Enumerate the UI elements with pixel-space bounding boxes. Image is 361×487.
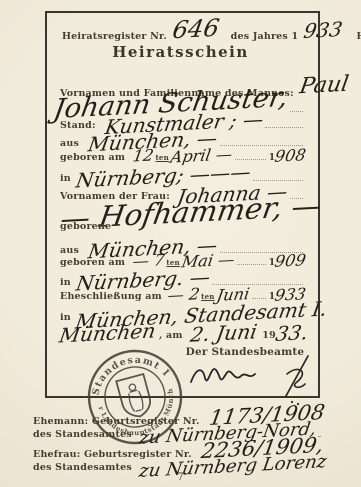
register-year-handwritten: 933: [303, 19, 345, 41]
fill-line: [252, 296, 266, 299]
marriage-date-label: Eheschließung am: [60, 291, 162, 302]
ten-superscript: ten: [201, 292, 214, 301]
born-label: geboren am: [60, 257, 125, 268]
register-label: Heiratsregister Nr.: [62, 31, 167, 42]
geborene-label: geborene: [60, 221, 111, 232]
series-letter: H: [356, 31, 361, 42]
page-title: Heiratsschein: [112, 43, 249, 61]
groom-born-row: geboren am 12 ten April — 1 908: [60, 147, 306, 163]
svg-text:Standesamt I: Standesamt I: [85, 347, 173, 399]
registrar-signature: [185, 358, 275, 392]
standesamt-label: des Standesamtes: [33, 429, 132, 440]
marriage-place-row: in München, Standesamt I.: [60, 303, 306, 323]
page-number-row: 7: [0, 472, 361, 483]
fill-line: [265, 125, 303, 128]
certificate-page: Heiratsregister Nr. 646 des Jahres 1 933…: [0, 0, 361, 487]
groom-born-day-handwritten: 12: [132, 147, 155, 164]
am-label: , am: [159, 330, 183, 341]
geborene-row: geborene: [60, 221, 180, 232]
fill-line: [237, 262, 266, 265]
issue-place-handwritten: München: [58, 321, 157, 346]
year-label: des Jahres 1: [231, 31, 299, 42]
register-line: Heiratsregister Nr. 646 des Jahres 1 933…: [62, 19, 306, 43]
issue-year-handwritten: 33.: [274, 322, 309, 344]
seal-top-text: Standesamt I: [85, 347, 173, 399]
issue-date-handwritten: 2. Juni: [189, 321, 258, 344]
marriage-day-handwritten: — 2: [166, 286, 200, 304]
groom-born-year-handwritten: 908: [274, 147, 307, 165]
issue-row: München , am 2. Juni 19 33.: [60, 321, 306, 341]
page-number: 7: [177, 472, 184, 483]
ten-superscript: ten: [156, 153, 169, 162]
title-row: Heiratsschein: [45, 43, 316, 61]
register-number-handwritten: 646: [171, 16, 221, 42]
born-label: geboren am: [60, 152, 125, 163]
